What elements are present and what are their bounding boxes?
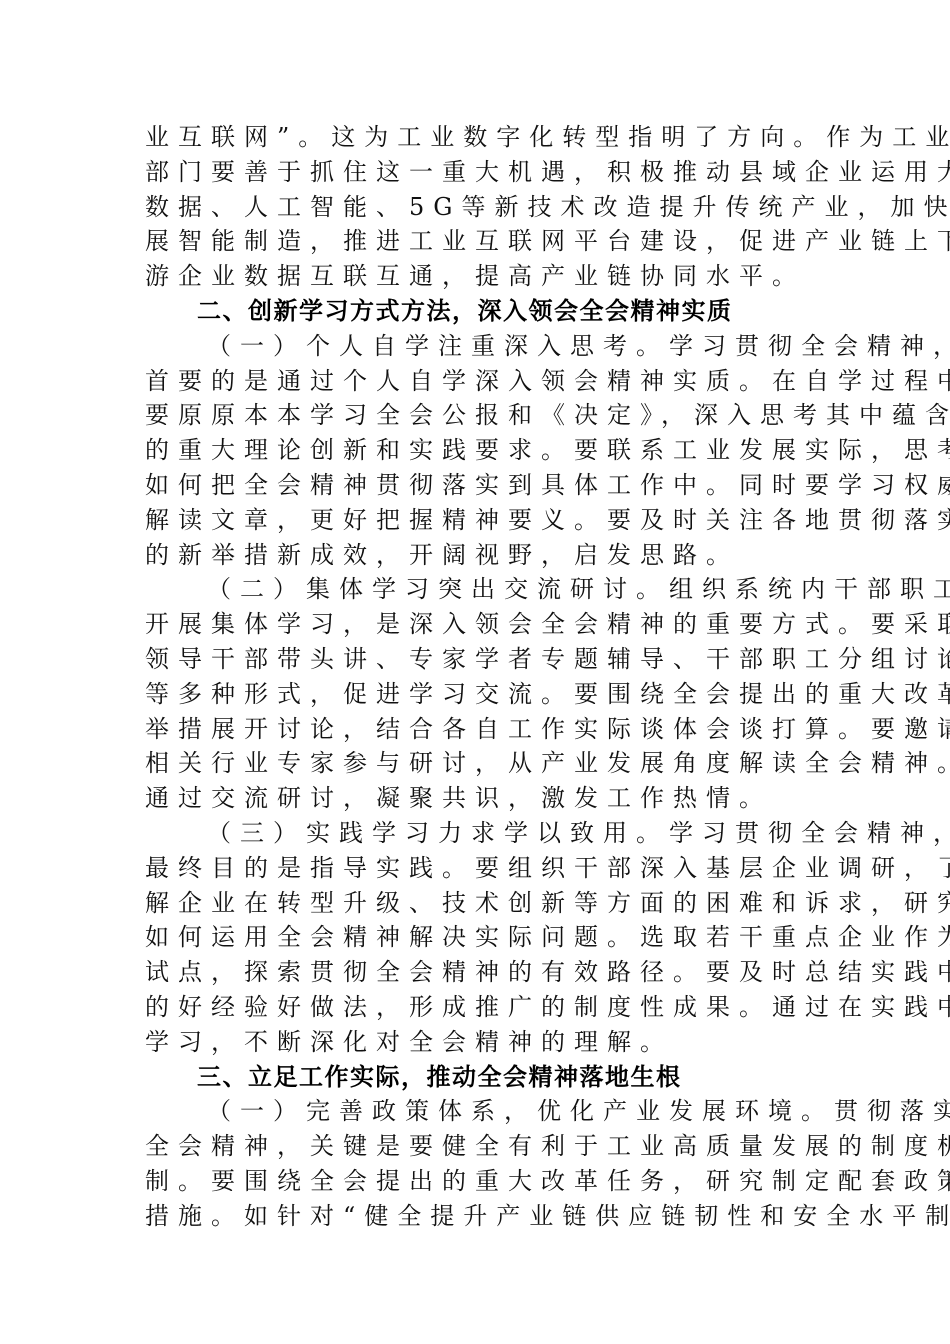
text-line: 如何把全会精神贯彻落实到具体工作中。同时要学习权威 <box>145 468 810 503</box>
text-line: 如何运用全会精神解决实际问题。选取若干重点企业作为 <box>145 920 810 955</box>
text-line: （三）实践学习力求学以致用。学习贯彻全会精神， <box>145 816 810 851</box>
text-line: 解企业在转型升级、技术创新等方面的困难和诉求，研究 <box>145 886 810 921</box>
text-line: 游企业数据互联互通，提高产业链协同水平。 <box>145 259 810 294</box>
text-line: 数据、人工智能、5G等新技术改造提升传统产业，加快发 <box>145 190 810 225</box>
text-line: 的好经验好做法，形成推广的制度性成果。通过在实践中 <box>145 990 810 1025</box>
text-line: 解读文章，更好把握精神要义。要及时关注各地贯彻落实 <box>145 503 810 538</box>
intro-paragraph: 业互联网”。这为工业数字化转型指明了方向。作为工业 部门要善于抓住这一重大机遇，… <box>145 120 810 294</box>
text-line: 部门要善于抓住这一重大机遇，积极推动县域企业运用大 <box>145 155 810 190</box>
text-line: 学习，不断深化对全会精神的理解。 <box>145 1025 810 1060</box>
text-line: 试点，探索贯彻全会精神的有效路径。要及时总结实践中 <box>145 955 810 990</box>
text-line: 最终目的是指导实践。要组织干部深入基层企业调研，了 <box>145 851 810 886</box>
document-page: 业互联网”。这为工业数字化转型指明了方向。作为工业 部门要善于抓住这一重大机遇，… <box>145 120 810 1234</box>
text-line: 通过交流研讨，凝聚共识，激发工作热情。 <box>145 781 810 816</box>
text-line: 举措展开讨论，结合各自工作实际谈体会谈打算。要邀请 <box>145 712 810 747</box>
text-line: （一）完善政策体系，优化产业发展环境。贯彻落实 <box>145 1094 810 1129</box>
text-line: 开展集体学习，是深入领会全会精神的重要方式。要采取 <box>145 607 810 642</box>
section-heading-2: 二、创新学习方式方法，深入领会全会精神实质 <box>145 294 810 329</box>
text-line: 要原原本本学习全会公报和《决定》，深入思考其中蕴含 <box>145 398 810 433</box>
paragraph-practice-study: （三）实践学习力求学以致用。学习贯彻全会精神， 最终目的是指导实践。要组织干部深… <box>145 816 810 1060</box>
text-line: 措施。如针对“健全提升产业链供应链韧性和安全水平制 <box>145 1199 810 1234</box>
text-line: 领导干部带头讲、专家学者专题辅导、干部职工分组讨论 <box>145 642 810 677</box>
text-line: 的新举措新成效，开阔视野，启发思路。 <box>145 538 810 573</box>
text-line: 制。要围绕全会提出的重大改革任务，研究制定配套政策 <box>145 1164 810 1199</box>
text-line: 展智能制造，推进工业互联网平台建设，促进产业链上下 <box>145 224 810 259</box>
paragraph-policy-system: （一）完善政策体系，优化产业发展环境。贯彻落实 全会精神，关键是要健全有利于工业… <box>145 1094 810 1233</box>
section-heading-3: 三、立足工作实际，推动全会精神落地生根 <box>145 1060 810 1095</box>
text-line: 业互联网”。这为工业数字化转型指明了方向。作为工业 <box>145 120 810 155</box>
text-line: 相关行业专家参与研讨，从产业发展角度解读全会精神。 <box>145 746 810 781</box>
text-line: 首要的是通过个人自学深入领会精神实质。在自学过程中 <box>145 364 810 399</box>
paragraph-individual-study: （一）个人自学注重深入思考。学习贯彻全会精神， 首要的是通过个人自学深入领会精神… <box>145 329 810 573</box>
text-line: （二）集体学习突出交流研讨。组织系统内干部职工 <box>145 572 810 607</box>
text-line: 等多种形式，促进学习交流。要围绕全会提出的重大改革 <box>145 677 810 712</box>
text-line: （一）个人自学注重深入思考。学习贯彻全会精神， <box>145 329 810 364</box>
text-line: 的重大理论创新和实践要求。要联系工业发展实际，思考 <box>145 433 810 468</box>
paragraph-group-study: （二）集体学习突出交流研讨。组织系统内干部职工 开展集体学习，是深入领会全会精神… <box>145 572 810 816</box>
text-line: 全会精神，关键是要健全有利于工业高质量发展的制度机 <box>145 1129 810 1164</box>
